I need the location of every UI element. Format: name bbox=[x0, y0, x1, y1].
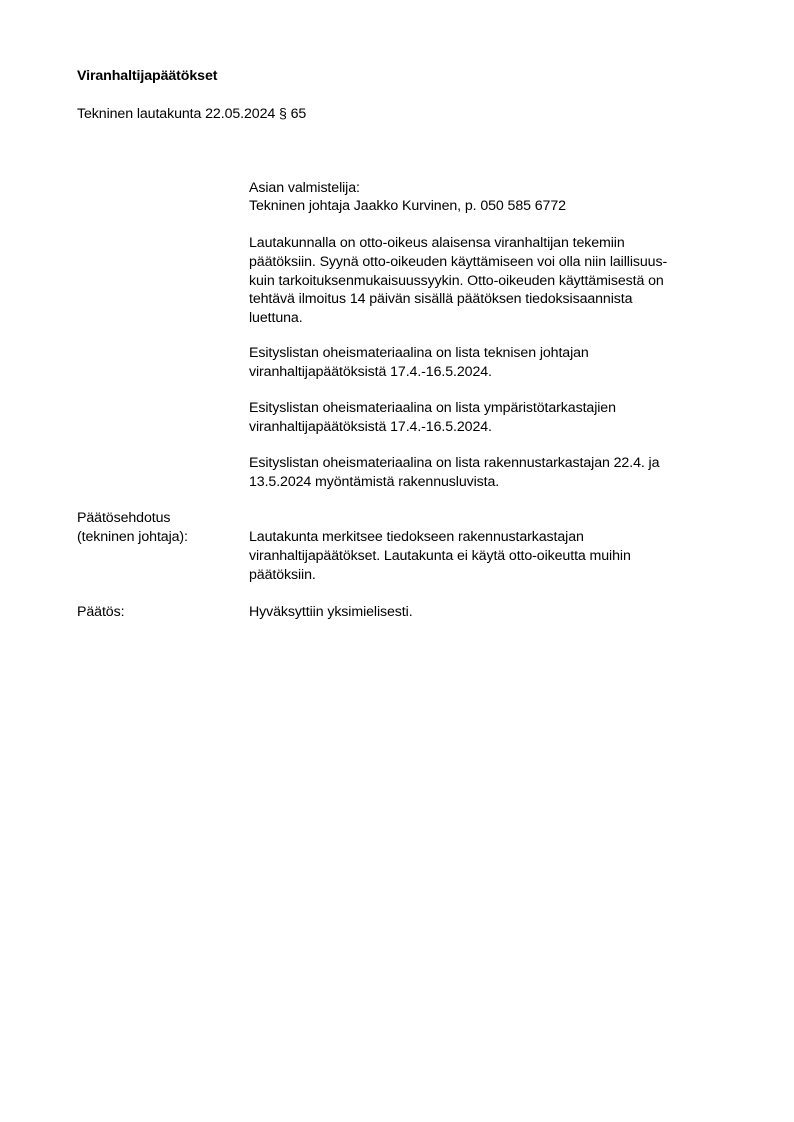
proposal-line: viranhaltijapäätökset. Lautakunta ei käy… bbox=[249, 547, 739, 566]
paragraph-building-permits-list: Esityslistan oheismateriaalina on lista … bbox=[249, 454, 739, 492]
decision-text: Hyväksyttiin yksimielisesti. bbox=[249, 603, 413, 622]
paragraph-technical-director-list: Esityslistan oheismateriaalina on lista … bbox=[249, 344, 739, 382]
paragraph-line: kuin tarkoituksenmukaisuussyykin. Otto-o… bbox=[249, 272, 739, 291]
proposal-label: Päätösehdotus bbox=[77, 509, 170, 528]
paragraph-line: viranhaltijapäätöksistä 17.4.-16.5.2024. bbox=[249, 418, 739, 437]
proposal-line: päätöksiin. bbox=[249, 566, 739, 585]
paragraph-line: päätöksiin. Syynä otto-oikeuden käyttämi… bbox=[249, 253, 739, 272]
meeting-reference: Tekninen lautakunta 22.05.2024 § 65 bbox=[77, 105, 306, 124]
preparer-label: Asian valmistelija: bbox=[249, 179, 360, 198]
paragraph-line: viranhaltijapäätöksistä 17.4.-16.5.2024. bbox=[249, 363, 739, 382]
paragraph-line: luettuna. bbox=[249, 309, 739, 328]
preparer-name: Tekninen johtaja Jaakko Kurvinen, p. 050… bbox=[249, 197, 566, 216]
proposal-label-author: (tekninen johtaja): bbox=[77, 528, 188, 547]
proposal-text: Lautakunta merkitsee tiedokseen rakennus… bbox=[249, 528, 739, 584]
decision-label: Päätös: bbox=[77, 603, 124, 622]
paragraph-line: Lautakunnalla on otto-oikeus alaisensa v… bbox=[249, 234, 739, 253]
paragraph-environment-inspectors-list: Esityslistan oheismateriaalina on lista … bbox=[249, 399, 739, 437]
proposal-line: Lautakunta merkitsee tiedokseen rakennus… bbox=[249, 528, 739, 547]
paragraph-line: tehtävä ilmoitus 14 päivän sisällä päätö… bbox=[249, 290, 739, 309]
paragraph-line: Esityslistan oheismateriaalina on lista … bbox=[249, 344, 739, 363]
paragraph-line: Esityslistan oheismateriaalina on lista … bbox=[249, 399, 739, 418]
paragraph-line: 13.5.2024 myöntämistä rakennusluvista. bbox=[249, 473, 739, 492]
paragraph-line: Esityslistan oheismateriaalina on lista … bbox=[249, 454, 739, 473]
paragraph-otto-oikeus: Lautakunnalla on otto-oikeus alaisensa v… bbox=[249, 234, 739, 328]
document-title: Viranhaltijapäätökset bbox=[77, 67, 217, 86]
